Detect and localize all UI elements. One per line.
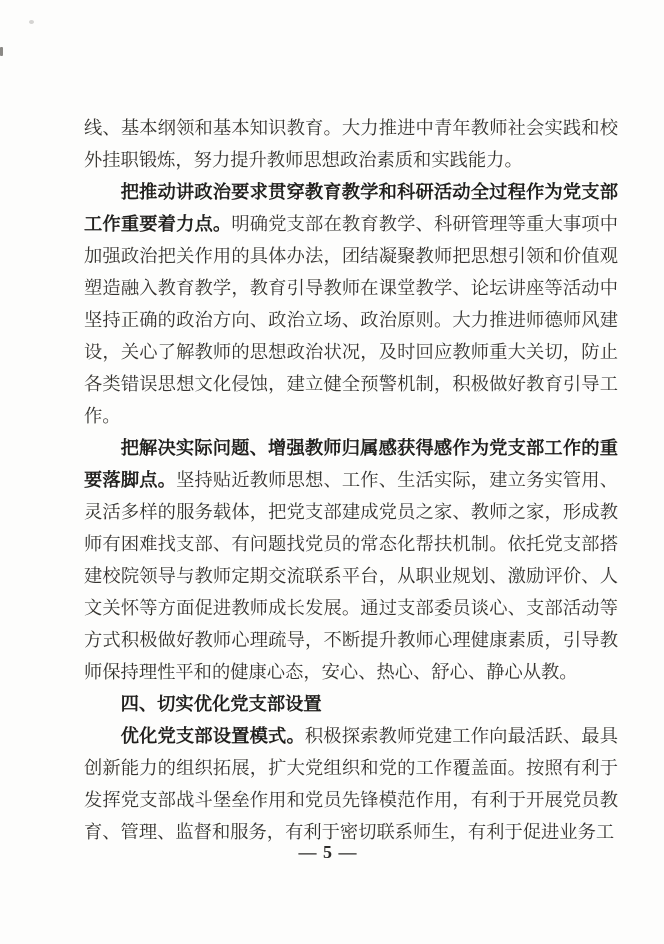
document-page: 线、基本纲领和基本知识教育。大力推进中青年教师社会实践和校外挂职锻炼，努力提升教…	[0, 0, 664, 944]
paragraph-lead-bold: 优化党支部设置模式。	[121, 726, 305, 746]
paragraph-solve-problems: 把解决实际问题、增强教师归属感获得感作为党支部工作的重要落脚点。坚持贴近教师思想…	[84, 432, 618, 688]
paragraph-text: 明确党支部在教育教学、科研管理等重大事项中加强政治把关作用的具体办法，团结凝聚教…	[84, 214, 618, 426]
section-heading: 四、切实优化党支部设置	[84, 688, 618, 720]
paragraph-continuation: 线、基本纲领和基本知识教育。大力推进中青年教师社会实践和校外挂职锻炼，努力提升教…	[84, 112, 618, 176]
paragraph-text: 坚持贴近教师思想、工作、生活实际，建立务实管用、灵活多样的服务载体，把党支部建成…	[84, 470, 618, 682]
scan-edge-mark-artifact	[0, 47, 3, 56]
scan-speck-artifact	[29, 20, 34, 24]
page-number: — 5 —	[0, 840, 656, 864]
paragraph-text: 线、基本纲领和基本知识教育。大力推进中青年教师社会实践和校外挂职锻炼，努力提升教…	[84, 118, 618, 170]
document-body: 线、基本纲领和基本知识教育。大力推进中青年教师社会实践和校外挂职锻炼，努力提升教…	[84, 112, 618, 848]
paragraph-political-requirements: 把推动讲政治要求贯穿教育教学和科研活动全过程作为党支部工作重要着力点。明确党支部…	[84, 176, 618, 432]
paragraph-optimize-branch-setup: 优化党支部设置模式。积极探索教师党建工作向最活跃、最具创新能力的组织拓展，扩大党…	[84, 720, 618, 848]
